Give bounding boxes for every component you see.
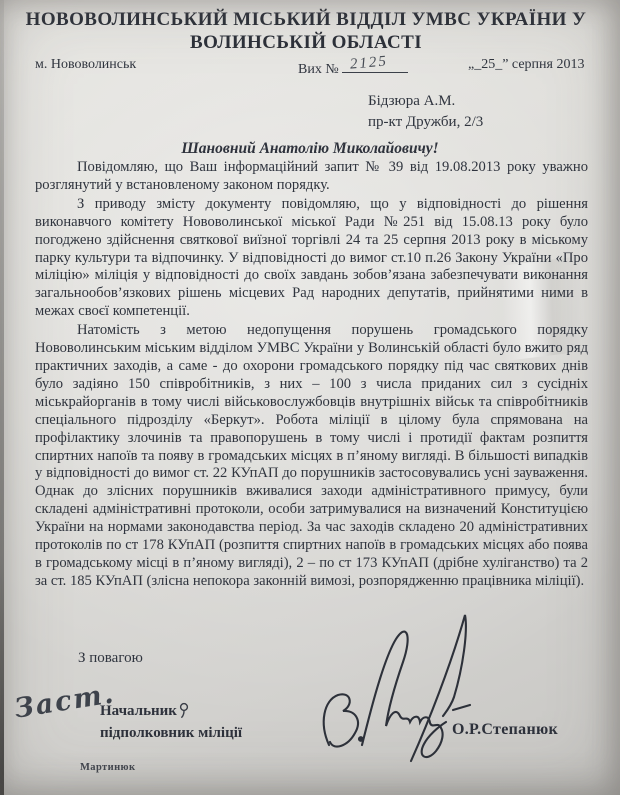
body-paragraph: Натомість з метою недопущення порушень г… xyxy=(35,322,588,591)
handwritten-mark-icon xyxy=(179,702,189,718)
outgoing-number-field: Вих №2125 xyxy=(298,57,408,78)
city-label: м. Нововолинськ xyxy=(35,57,136,73)
recipient-name: Бідзюра А.М. xyxy=(368,91,483,112)
salutation: Шановний Анатолію Миколайовичу! xyxy=(0,140,620,158)
signer-position-line2: підполковник міліції xyxy=(100,722,242,744)
handwritten-outgoing-number: 2125 xyxy=(349,53,388,73)
date-label: „_25_” серпня 2013 xyxy=(468,57,584,73)
signer-position-line1: Начальник xyxy=(100,700,242,722)
letterhead-title-line1: НОВОВОЛИНСЬКИЙ МІСЬКИЙ ВІДДІЛ УМВС УКРАЇ… xyxy=(4,8,608,31)
signer-position-text: Начальник xyxy=(100,703,177,719)
signature-scribble xyxy=(293,605,478,770)
recipient-address: пр-кт Дружби, 2/3 xyxy=(368,112,483,133)
letterhead-title-line2: ВОЛИНСЬКІЙ ОБЛАСТІ xyxy=(4,31,608,54)
outgoing-number-blank: 2125 xyxy=(342,57,408,73)
executor-name: Мартинюк xyxy=(80,762,135,773)
signer-position-block: Начальник підполковник міліції xyxy=(100,700,242,744)
letter-body: Повідомляю, що Ваш інформаційний запит №… xyxy=(35,159,588,592)
closing-line: З повагою xyxy=(78,650,143,667)
letterhead-title: НОВОВОЛИНСЬКИЙ МІСЬКИЙ ВІДДІЛ УМВС УКРАЇ… xyxy=(4,8,608,54)
scanned-letter-page: НОВОВОЛИНСЬКИЙ МІСЬКИЙ ВІДДІЛ УМВС УКРАЇ… xyxy=(0,0,620,795)
outgoing-number-label: Вих № xyxy=(298,62,339,77)
body-paragraph: Повідомляю, що Ваш інформаційний запит №… xyxy=(35,159,588,195)
recipient-block: Бідзюра А.М. пр-кт Дружби, 2/3 xyxy=(368,91,483,133)
body-paragraph: З приводу змісту документу повідомляю, щ… xyxy=(35,196,588,321)
